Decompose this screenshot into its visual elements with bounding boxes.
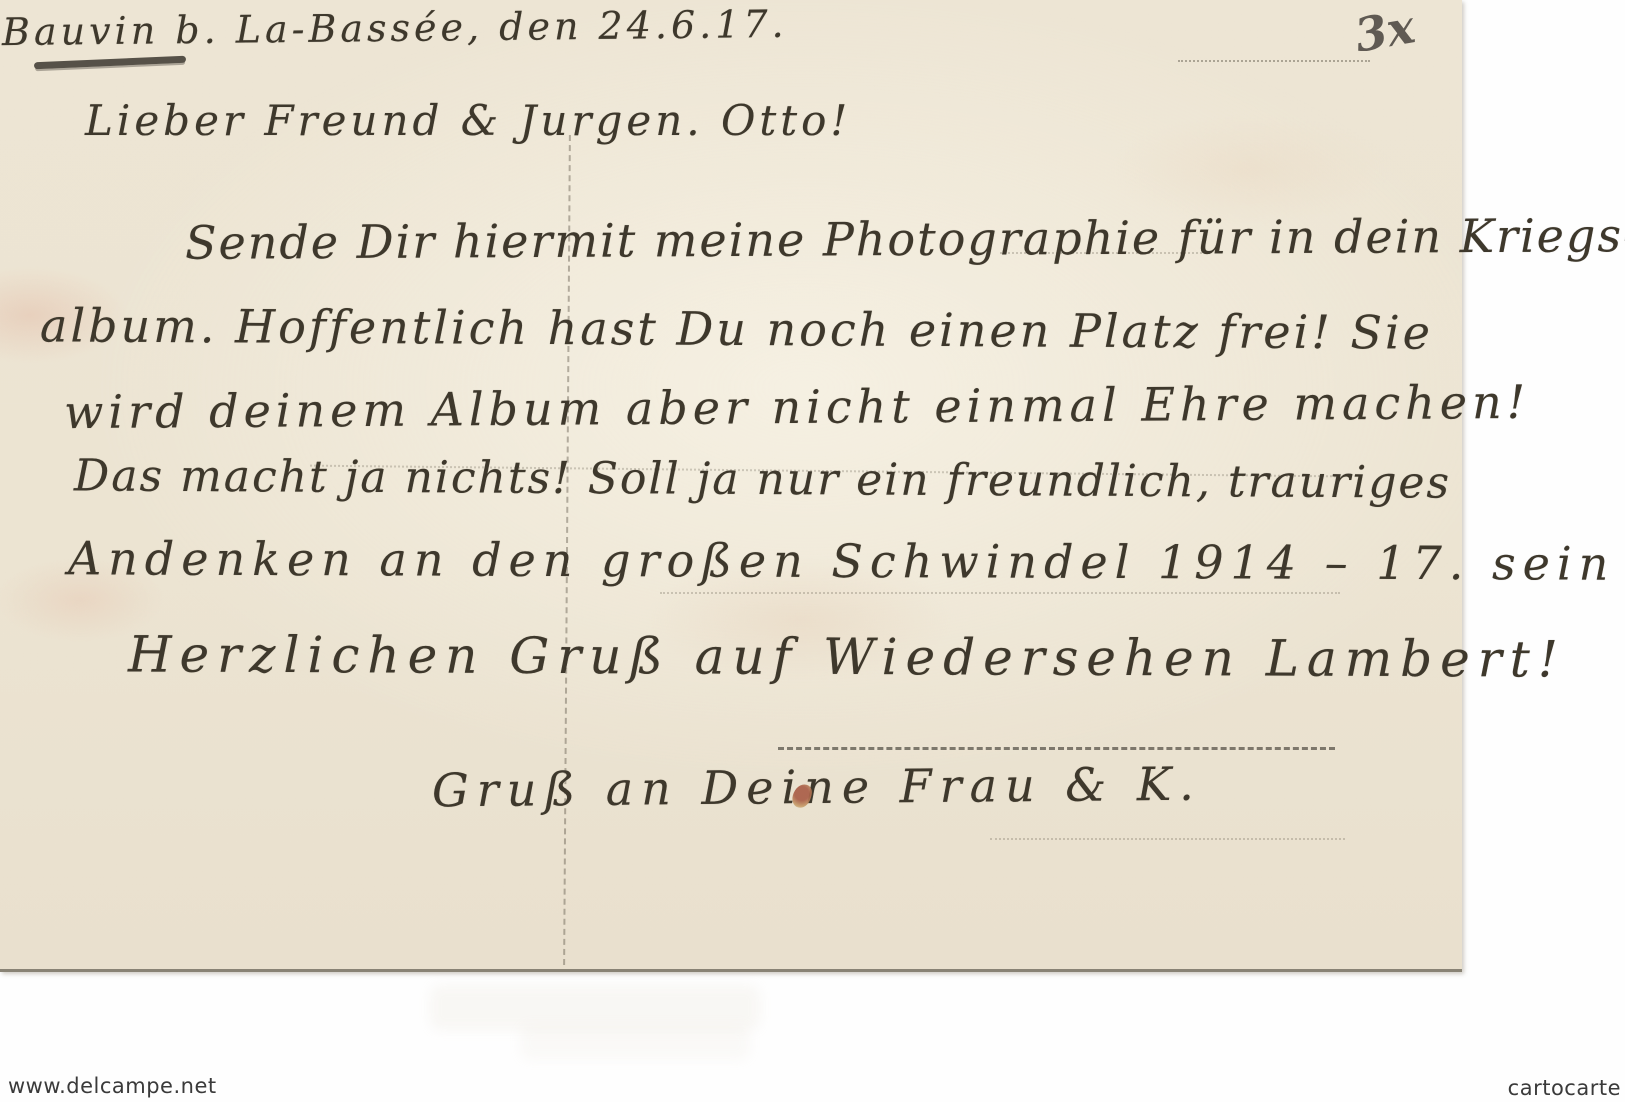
watermark-delcampe: www.delcampe.net — [8, 1074, 217, 1098]
body-line: Sende Dir hiermit meine Photographie für… — [185, 208, 1625, 270]
body-line: wird deinem Album aber nicht einmal Ehre… — [64, 375, 1530, 439]
dateline: Bauvin b. La-Bassée, den 24.6.17. — [2, 2, 788, 54]
watermark-cartocarte: cartocarte — [1508, 1076, 1621, 1100]
postscript-line: Gruß an Deine Frau & K. — [432, 757, 1202, 818]
body-line: Das macht ja nichts! Soll ja nur ein fre… — [74, 450, 1451, 508]
scan-background: Bauvin b. La-Bassée, den 24.6.17. 3x Lie… — [0, 0, 1625, 1102]
salutation-line: Lieber Freund & Jurgen. Otto! — [85, 96, 851, 145]
closing-line: Herzlichen Gruß auf Wiedersehen Lambert! — [128, 625, 1566, 688]
pencil-note: 3x — [1351, 0, 1419, 63]
dotted-guide-line — [1178, 60, 1370, 62]
dateline-underline — [34, 56, 186, 70]
ghost-smudge — [430, 985, 760, 1030]
dotted-guide-line — [990, 838, 1345, 840]
dashed-guide-line — [778, 747, 1335, 750]
ghost-smudge — [520, 1025, 750, 1060]
body-line: album. Hoffentlich hast Du noch einen Pl… — [40, 298, 1433, 359]
body-line: Andenken an den großen Schwindel 1914 – … — [68, 531, 1615, 590]
postcard: Bauvin b. La-Bassée, den 24.6.17. 3x Lie… — [0, 0, 1462, 972]
dotted-guide-line — [660, 592, 1340, 594]
